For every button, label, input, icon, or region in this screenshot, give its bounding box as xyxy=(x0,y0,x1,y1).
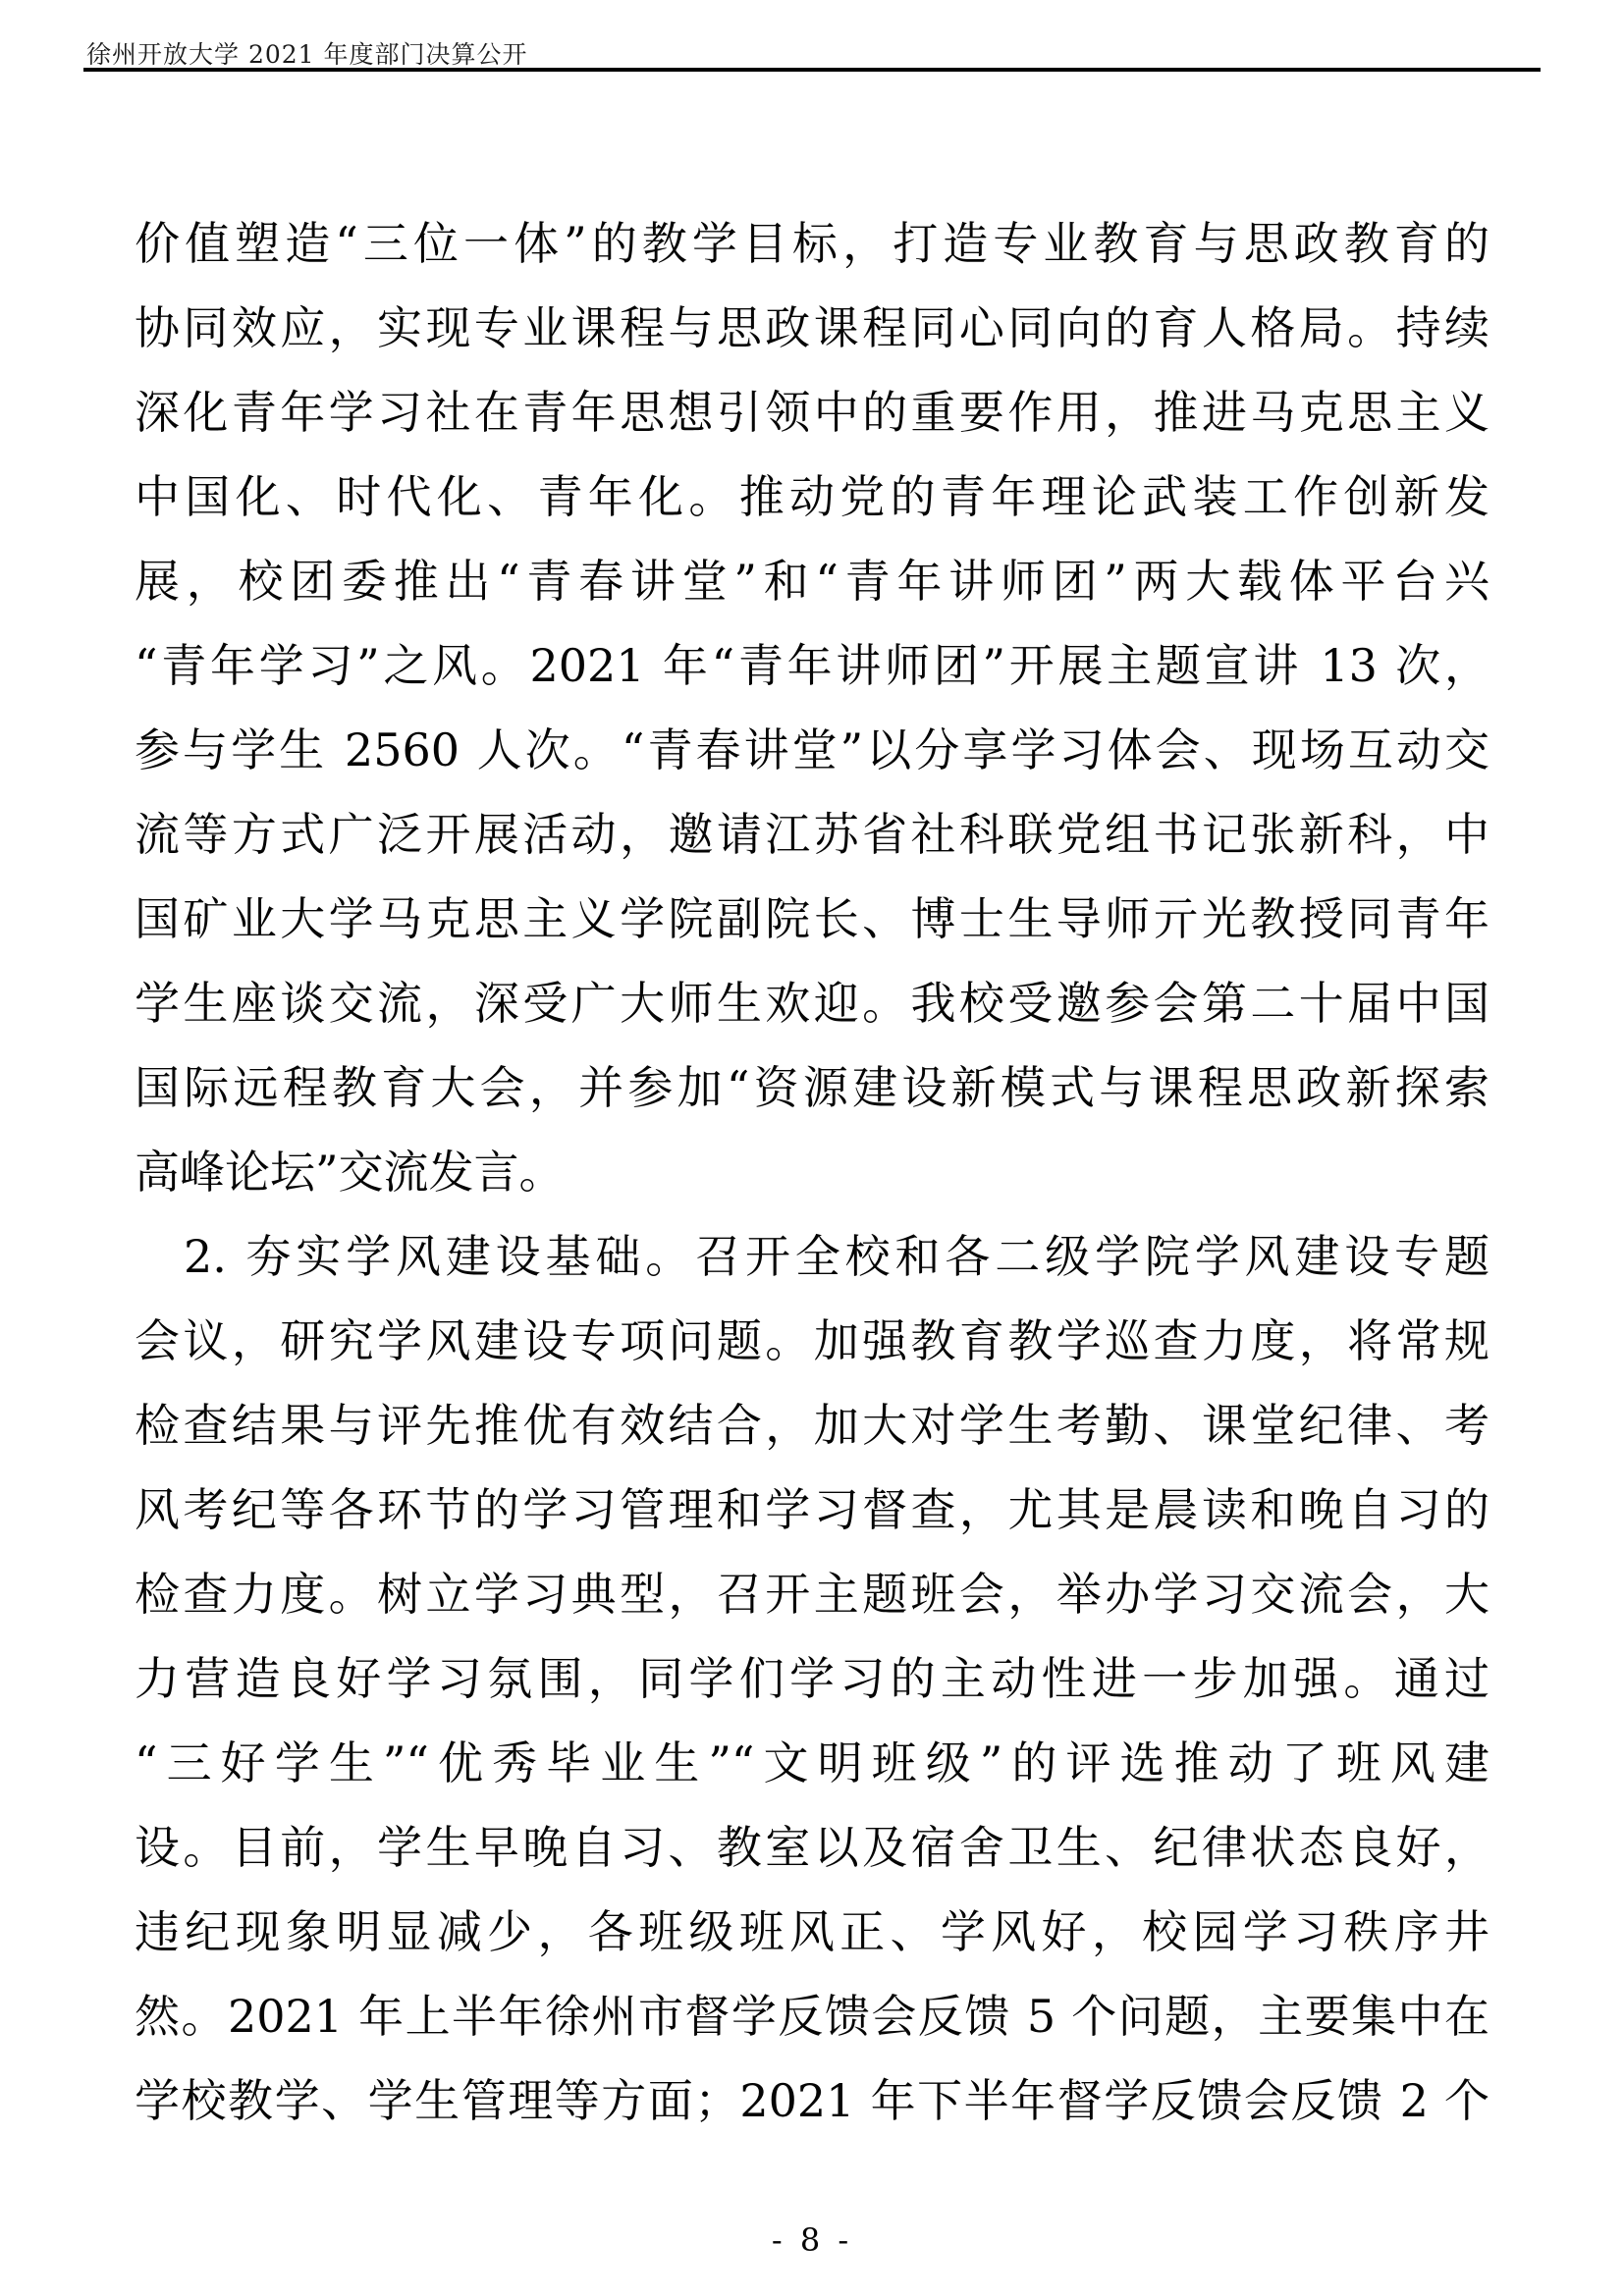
text-line: 高峰论坛”交流发言。 xyxy=(135,1130,1489,1214)
text-line: 学校教学、学生管理等方面；2021 年下半年督学反馈会反馈 2 个 xyxy=(135,2058,1489,2143)
text-line: 2. 夯实学风建设基础。召开全校和各二级学院学风建设专题 xyxy=(135,1214,1489,1299)
text-line: 价值塑造“三位一体”的教学目标，打造专业教育与思政教育的 xyxy=(135,201,1489,286)
text-line: 国际远程教育大会，并参加“资源建设新模式与课程思政新探索 xyxy=(135,1045,1489,1130)
text-line: 流等方式广泛开展活动，邀请江苏省社科联党组书记张新科，中 xyxy=(135,792,1489,877)
text-line: 深化青年学习社在青年思想引领中的重要作用，推进马克思主义 xyxy=(135,370,1489,454)
text-line: 力营造良好学习氛围，同学们学习的主动性进一步加强。通过 xyxy=(135,1636,1489,1721)
paragraph: 价值塑造“三位一体”的教学目标，打造专业教育与思政教育的协同效应，实现专业课程与… xyxy=(135,201,1489,1214)
text-line: 违纪现象明显减少，各班级班风正、学风好，校园学习秩序井 xyxy=(135,1890,1489,1974)
text-line: 参与学生 2560 人次。“青春讲堂”以分享学习体会、现场互动交 xyxy=(135,708,1489,792)
text-line: 中国化、时代化、青年化。推动党的青年理论武装工作创新发 xyxy=(135,454,1489,539)
header-title: 徐州开放大学 2021 年度部门决算公开 xyxy=(86,40,528,69)
document-body: 价值塑造“三位一体”的教学目标，打造专业教育与思政教育的协同效应，实现专业课程与… xyxy=(135,201,1489,2143)
page-footer: - 8 - xyxy=(0,2221,1624,2259)
text-line: “三好学生”“优秀毕业生”“文明班级”的评选推动了班风建 xyxy=(135,1721,1489,1805)
text-line: 会议，研究学风建设专项问题。加强教育教学巡查力度，将常规 xyxy=(135,1299,1489,1383)
text-line: 协同效应，实现专业课程与思政课程同心同向的育人格局。持续 xyxy=(135,286,1489,370)
page-header: 徐州开放大学 2021 年度部门决算公开 xyxy=(86,35,1538,71)
header-divider xyxy=(83,68,1541,72)
text-line: 学生座谈交流，深受广大师生欢迎。我校受邀参会第二十届中国 xyxy=(135,961,1489,1045)
text-line: 检查结果与评先推优有效结合，加大对学生考勤、课堂纪律、考 xyxy=(135,1383,1489,1468)
text-line: 检查力度。树立学习典型，召开主题班会，举办学习交流会，大 xyxy=(135,1552,1489,1636)
text-line: 风考纪等各环节的学习管理和学习督查，尤其是晨读和晚自习的 xyxy=(135,1468,1489,1552)
page-number: - 8 - xyxy=(772,2221,852,2259)
paragraph: 2. 夯实学风建设基础。召开全校和各二级学院学风建设专题会议，研究学风建设专项问… xyxy=(135,1214,1489,2143)
text-line: 展，校团委推出“青春讲堂”和“青年讲师团”两大载体平台兴 xyxy=(135,539,1489,623)
text-line: 然。2021 年上半年徐州市督学反馈会反馈 5 个问题，主要集中在 xyxy=(135,1974,1489,2058)
text-line: “青年学习”之风。2021 年“青年讲师团”开展主题宣讲 13 次， xyxy=(135,623,1489,708)
text-line: 国矿业大学马克思主义学院副院长、博士生导师亓光教授同青年 xyxy=(135,877,1489,961)
document-page: 徐州开放大学 2021 年度部门决算公开 价值塑造“三位一体”的教学目标，打造专… xyxy=(0,0,1624,2296)
text-line: 设。目前，学生早晚自习、教室以及宿舍卫生、纪律状态良好， xyxy=(135,1805,1489,1890)
